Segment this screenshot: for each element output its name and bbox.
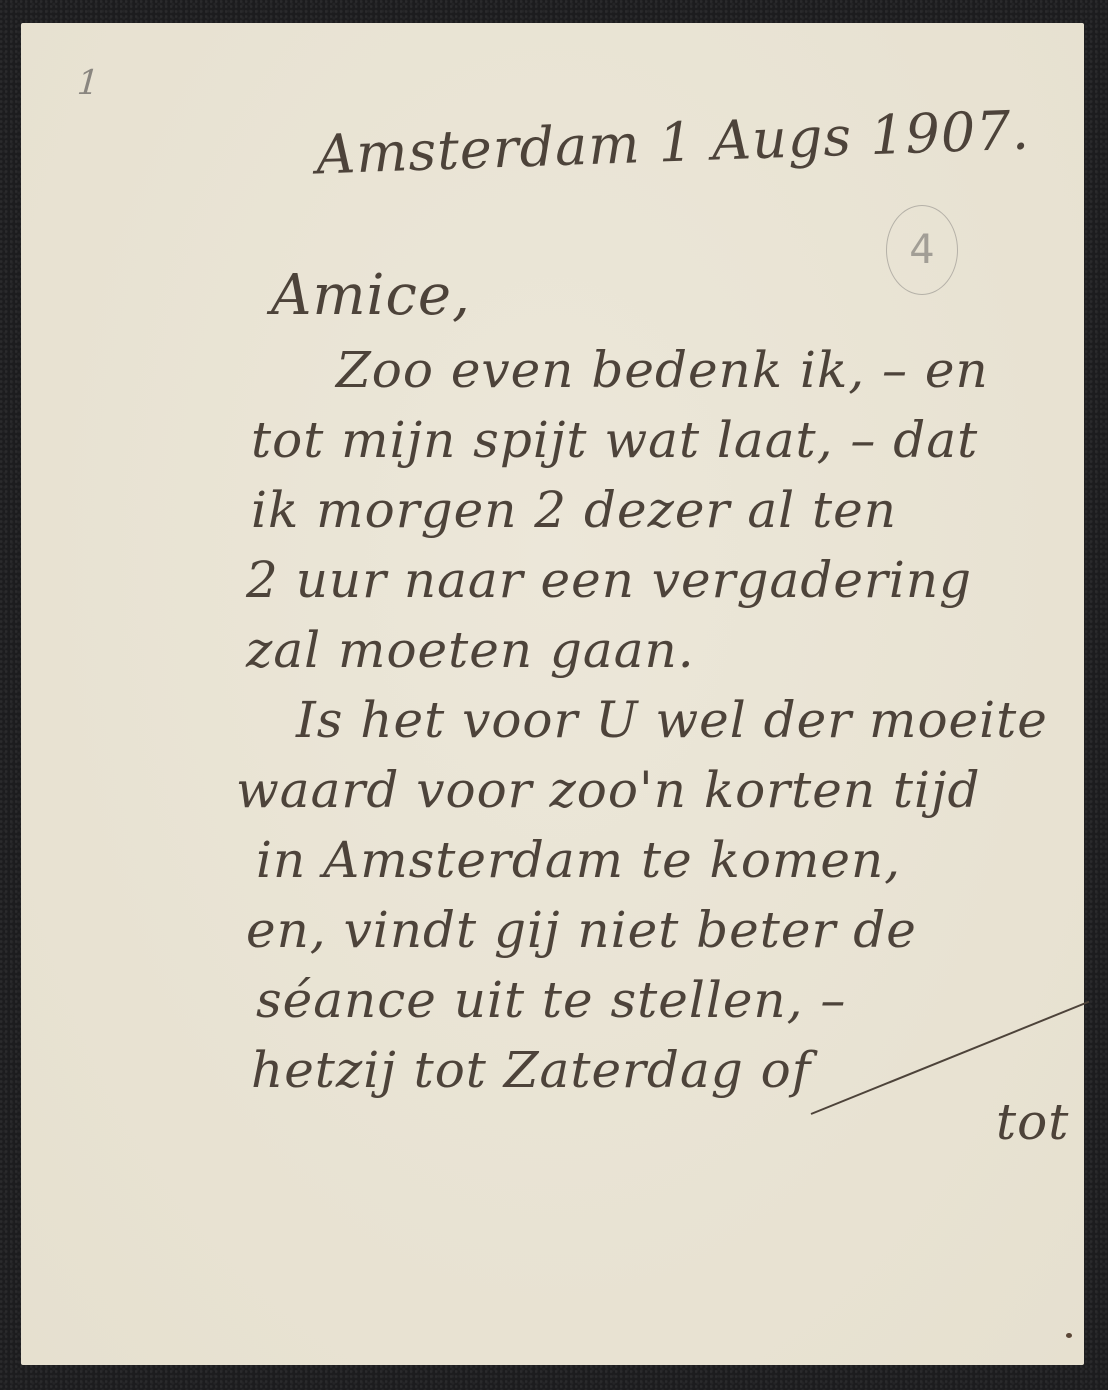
- letter-line-5: zal moeten gaan.: [246, 621, 695, 679]
- folio-number-circle: 4: [886, 205, 958, 295]
- date-line: Amsterdam 1 Augs 1907.: [315, 99, 1031, 187]
- archive-pencil-mark: 1: [72, 63, 104, 103]
- ink-spot: [1066, 1333, 1072, 1338]
- letter-line-9: en, vindt gij niet beter de: [246, 901, 917, 959]
- letter-line-4: 2 uur naar een vergadering: [246, 551, 972, 609]
- letter-line-2: tot mijn spijt wat laat, – dat: [251, 411, 978, 469]
- letter-line-10: séance uit te stellen, –: [256, 971, 846, 1029]
- letter-line-1: Zoo even bedenk ik, – en: [336, 341, 989, 399]
- letter-line-11: hetzij tot Zaterdag of: [251, 1041, 811, 1099]
- folio-number: 4: [909, 227, 934, 273]
- salutation: Amice,: [271, 263, 471, 328]
- letter-line-7: waard voor zoo'n korten tijd: [236, 761, 981, 819]
- letter-page: 1 4 Amsterdam 1 Augs 1907. Amice, Zoo ev…: [21, 23, 1084, 1365]
- letter-line-12-catchword: tot: [996, 1093, 1069, 1151]
- letter-line-6: Is het voor U wel der moeite: [296, 691, 1048, 749]
- letter-line-8: in Amsterdam te komen,: [256, 831, 901, 889]
- letter-line-3: ik morgen 2 dezer al ten: [251, 481, 897, 539]
